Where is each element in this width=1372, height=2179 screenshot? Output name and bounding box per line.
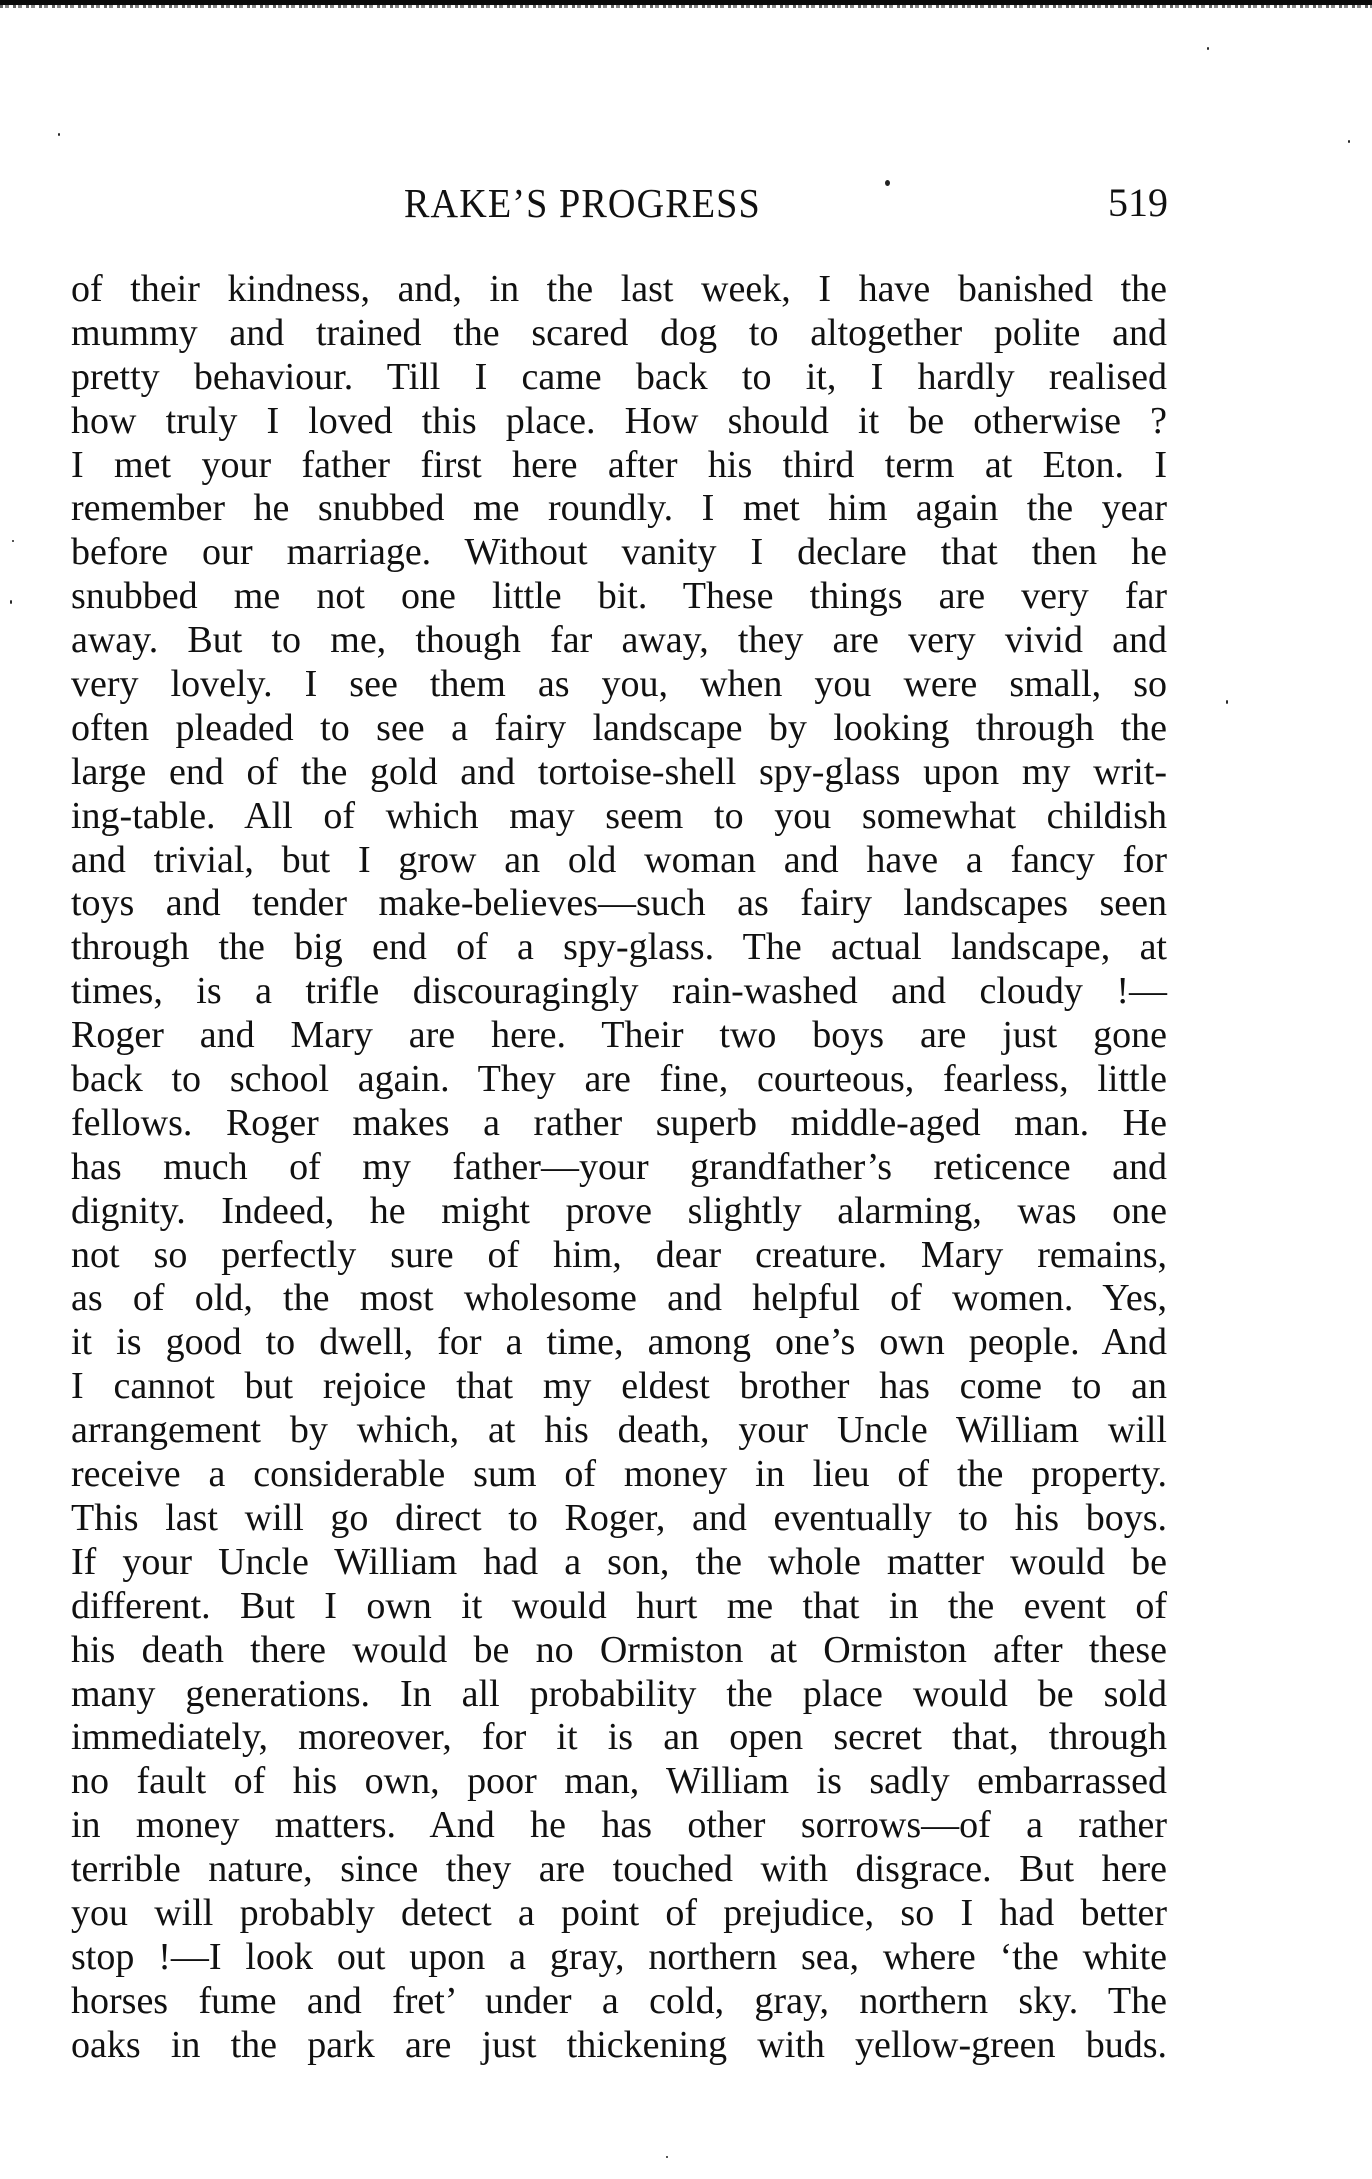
text-line: times, is a trifle discouragingly rain-w… [71,970,1167,1014]
text-line: Roger and Mary are here. Their two boys … [71,1014,1167,1058]
text-line: as of old, the most wholesome and helpfu… [71,1277,1167,1321]
text-line: stop !—I look out upon a gray, northern … [71,1936,1167,1980]
text-line: oaks in the park are just thickening wit… [71,2024,1167,2068]
scan-speck [12,540,14,542]
text-line: of their kindness, and, in the last week… [71,268,1167,312]
text-line: remember he snubbed me roundly. I met hi… [71,487,1167,531]
scan-speck [58,133,60,136]
scan-speck [885,180,890,186]
scan-speck [1348,140,1350,143]
text-line: often pleaded to see a fairy landscape b… [71,707,1167,751]
text-line: different. But I own it would hurt me th… [71,1585,1167,1629]
text-line: fellows. Roger makes a rather superb mid… [71,1102,1167,1146]
scan-speck [1226,700,1228,704]
text-line: immediately, moreover, for it is an open… [71,1716,1167,1760]
text-line: very lovely. I see them as you, when you… [71,663,1167,707]
text-line: dignity. Indeed, he might prove slightly… [71,1190,1167,1234]
text-line: you will probably detect a point of prej… [71,1892,1167,1936]
text-line: snubbed me not one little bit. These thi… [71,575,1167,619]
text-line: before our marriage. Without vanity I de… [71,531,1167,575]
text-line: This last will go direct to Roger, and e… [71,1497,1167,1541]
text-line: away. But to me, though far away, they a… [71,619,1167,663]
text-line: pretty behaviour. Till I came back to it… [71,356,1167,400]
text-line: it is good to dwell, for a time, among o… [71,1321,1167,1365]
scan-speck [666,2156,668,2158]
text-line: how truly I loved this place. How should… [71,400,1167,444]
text-line: in money matters. And he has other sorro… [71,1804,1167,1848]
body-text: of their kindness, and, in the last week… [71,268,1167,2068]
running-head: RAKE’S PROGRESS [404,181,761,225]
text-line: ing-table. All of which may seem to you … [71,795,1167,839]
text-line: his death there would be no Ormiston at … [71,1629,1167,1673]
text-line: mummy and trained the scared dog to alto… [71,312,1167,356]
scan-speck [1207,47,1209,50]
text-line: I met your father first here after his t… [71,444,1167,488]
text-line: arrangement by which, at his death, your… [71,1409,1167,1453]
text-line: and trivial, but I grow an old woman and… [71,839,1167,883]
text-line: terrible nature, since they are touched … [71,1848,1167,1892]
text-line: horses fume and fret’ under a cold, gray… [71,1980,1167,2024]
text-line: many generations. In all probability the… [71,1673,1167,1717]
text-line: through the big end of a spy-glass. The … [71,926,1167,970]
text-line: toys and tender make-believes—such as fa… [71,882,1167,926]
text-line: back to school again. They are fine, cou… [71,1058,1167,1102]
text-line: receive a considerable sum of money in l… [71,1453,1167,1497]
scan-top-edge-fray [0,5,1372,8]
text-line: no fault of his own, poor man, William i… [71,1760,1167,1804]
text-line: not so perfectly sure of him, dear creat… [71,1234,1167,1278]
text-line: large end of the gold and tortoise-shell… [71,751,1167,795]
text-line: has much of my father—your grandfather’s… [71,1146,1167,1190]
page-number: 519 [1108,181,1168,225]
text-line: If your Uncle William had a son, the who… [71,1541,1167,1585]
text-line: I cannot but rejoice that my eldest brot… [71,1365,1167,1409]
scan-speck [10,600,12,604]
